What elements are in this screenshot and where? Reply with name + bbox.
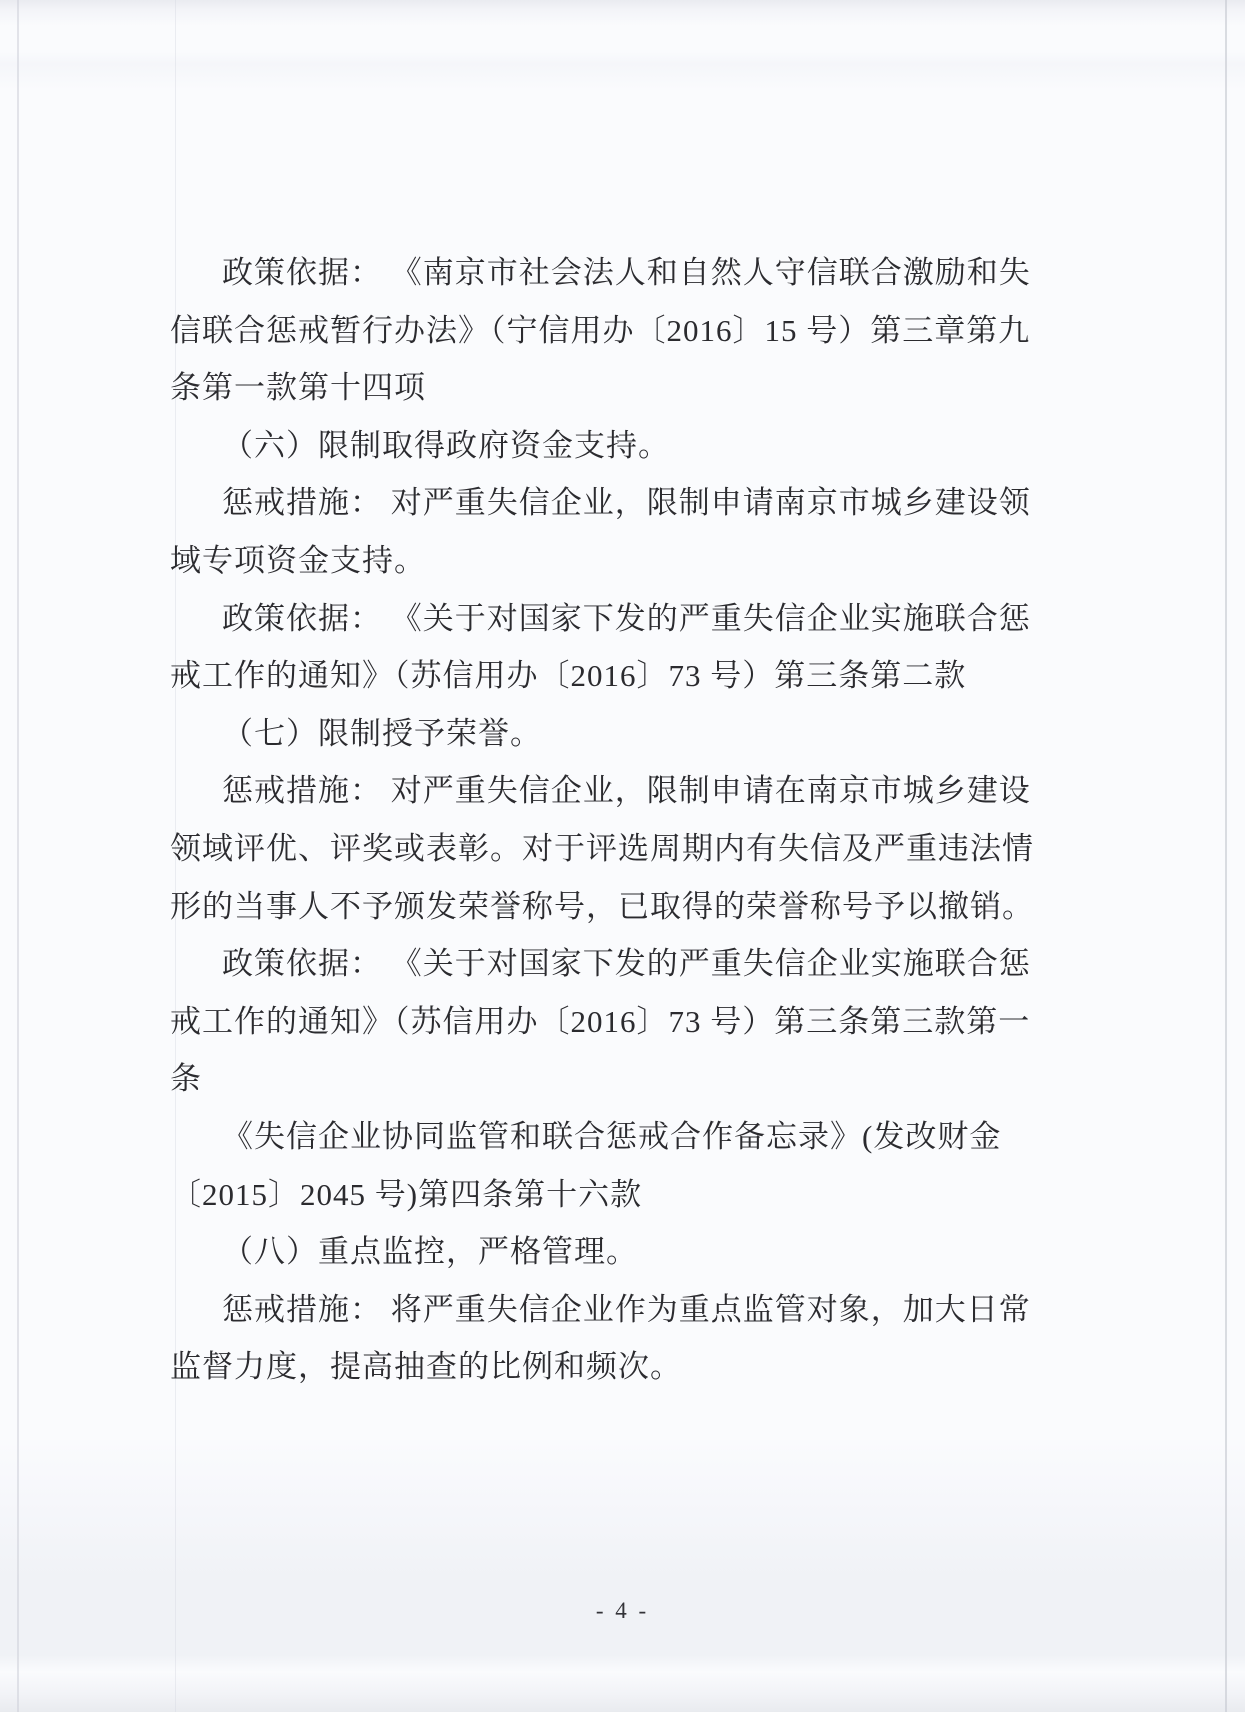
- document-line: 形的当事人不予颁发荣誉称号，已取得的荣誉称号予以撤销。: [170, 878, 1050, 936]
- document-line: （六）限制取得政府资金支持。: [170, 417, 1050, 475]
- page-number: - 4 -: [0, 1598, 1245, 1624]
- document-text: 政策依据： 《南京市社会法人和自然人守信联合激励和失信联合惩戒暂行办法》（宁信用…: [170, 244, 1050, 1396]
- document-line: 条: [170, 1050, 1050, 1108]
- scanned-page: 政策依据： 《南京市社会法人和自然人守信联合激励和失信联合惩戒暂行办法》（宁信用…: [0, 0, 1245, 1712]
- document-line: 惩戒措施： 将严重失信企业作为重点监管对象，加大日常: [170, 1281, 1050, 1339]
- document-line: （八）重点监控，严格管理。: [170, 1223, 1050, 1281]
- document-line: 戒工作的通知》（苏信用办〔2016〕73 号）第三条第二款: [170, 647, 1050, 705]
- document-line: （七）限制授予荣誉。: [170, 705, 1050, 763]
- document-line: 领域评优、评奖或表彰。对于评选周期内有失信及严重违法情: [170, 820, 1050, 878]
- document-line: 监督力度，提高抽查的比例和频次。: [170, 1338, 1050, 1396]
- document-line: 戒工作的通知》（苏信用办〔2016〕73 号）第三条第三款第一: [170, 993, 1050, 1051]
- document-line: 惩戒措施： 对严重失信企业，限制申请在南京市城乡建设: [170, 762, 1050, 820]
- document-line: 政策依据： 《关于对国家下发的严重失信企业实施联合惩: [170, 935, 1050, 993]
- document-line: 政策依据： 《关于对国家下发的严重失信企业实施联合惩: [170, 590, 1050, 648]
- document-line: 惩戒措施： 对严重失信企业，限制申请南京市城乡建设领: [170, 474, 1050, 532]
- document-line: 〔2015〕2045 号)第四条第十六款: [170, 1166, 1050, 1224]
- page-left-edge-line: [17, 0, 19, 1712]
- page-right-edge-line: [1225, 0, 1227, 1712]
- document-line: 条第一款第十四项: [170, 359, 1050, 417]
- document-line: 域专项资金支持。: [170, 532, 1050, 590]
- document-line: 信联合惩戒暂行办法》（宁信用办〔2016〕15 号）第三章第九: [170, 302, 1050, 360]
- document-line: 《失信企业协同监管和联合惩戒合作备忘录》(发改财金: [170, 1108, 1050, 1166]
- document-line: 政策依据： 《南京市社会法人和自然人守信联合激励和失: [170, 244, 1050, 302]
